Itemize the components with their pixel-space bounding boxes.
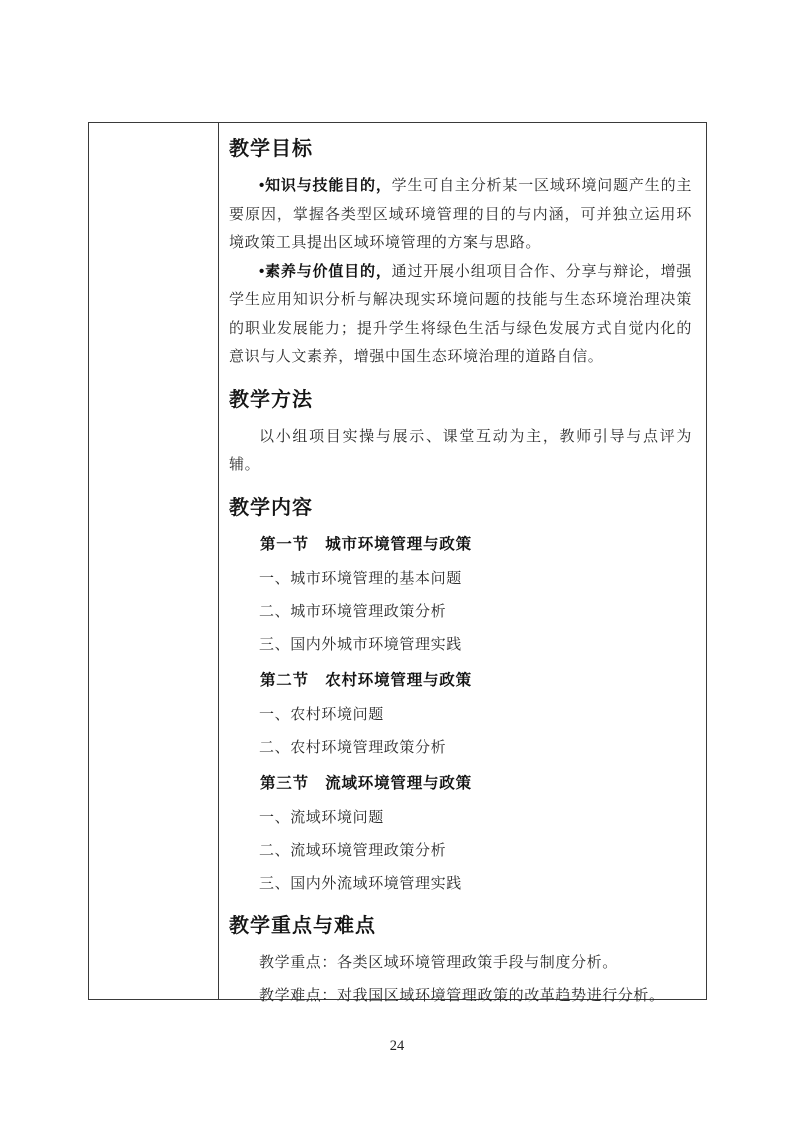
goal-bullet-2-lead: 素养与价值目的， <box>265 263 392 280</box>
focus-difficult-point-line: 教学难点：对我国区域环境管理政策的改革趋势进行分析。 <box>229 982 692 1010</box>
section-heading-teaching-method: 教学方法 <box>229 386 692 414</box>
goal-bullet-1-lead: 知识与技能目的， <box>265 177 392 194</box>
page-number: 24 <box>0 1038 794 1055</box>
unit-title-1: 第一节 城市环境管理与政策 <box>260 531 692 559</box>
section-heading-teaching-content: 教学内容 <box>229 494 692 522</box>
unit-1-item-1: 一、城市环境管理的基本问题 <box>259 565 692 593</box>
unit-2-item-1: 一、农村环境问题 <box>259 701 692 729</box>
unit-1-item-3: 三、国内外城市环境管理实践 <box>259 631 692 659</box>
method-paragraph: 以小组项目实操与展示、课堂互动为主，教师引导与点评为辅。 <box>229 423 692 480</box>
section-heading-key-difficult-points: 教学重点与难点 <box>229 912 692 940</box>
table-left-cell-empty <box>89 123 219 999</box>
unit-title-2: 第二节 农村环境管理与政策 <box>260 667 692 695</box>
unit-2-item-2: 二、农村环境管理政策分析 <box>259 734 692 762</box>
unit-3-item-3: 三、国内外流域环境管理实践 <box>259 870 692 898</box>
table-content-cell: 教学目标 •知识与技能目的，学生可自主分析某一区域环境问题产生的主要原因，掌握各… <box>219 123 706 999</box>
unit-title-3: 第三节 流域环境管理与政策 <box>260 770 692 798</box>
goal-bullet-2: •素养与价值目的，通过开展小组项目合作、分享与辩论，增强学生应用知识分析与解决现… <box>229 258 692 372</box>
document-page: { "goal": { "heading": "教学目标", "bullet":… <box>0 0 794 1123</box>
goal-bullet-1: •知识与技能目的，学生可自主分析某一区域环境问题产生的主要原因，掌握各类型区域环… <box>229 172 692 258</box>
section-heading-teaching-goals: 教学目标 <box>229 135 692 163</box>
syllabus-table: 教学目标 •知识与技能目的，学生可自主分析某一区域环境问题产生的主要原因，掌握各… <box>88 122 707 1000</box>
unit-1-item-2: 二、城市环境管理政策分析 <box>259 598 692 626</box>
unit-3-item-1: 一、流域环境问题 <box>259 804 692 832</box>
focus-key-point-line: 教学重点：各类区域环境管理政策手段与制度分析。 <box>229 949 692 977</box>
unit-3-item-2: 二、流域环境管理政策分析 <box>259 837 692 865</box>
